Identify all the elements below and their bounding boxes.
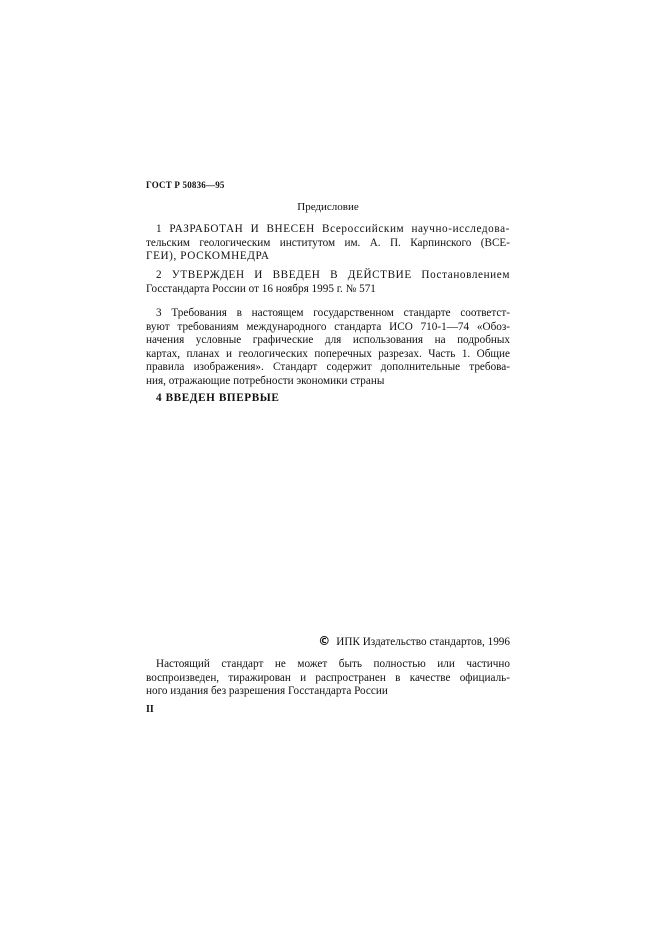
paragraph-line: Госстандарта России от 16 ноября 1995 г.…: [146, 283, 510, 297]
paragraph-line: начения условные графические для использ…: [146, 334, 510, 348]
notice-line: ного издания без разрешения Госстандарта…: [146, 685, 510, 699]
paragraph-line: тельским геологическим институтом им. А.…: [146, 237, 510, 251]
paragraph-3: 3 Требования в настоящем государственном…: [146, 307, 510, 389]
paragraph-line: вуют требованиям международного стандарт…: [146, 321, 510, 335]
paragraph-line: ГЕИ), РОСКОМНЕДРА: [146, 250, 510, 264]
paragraph-line: 3 Требования в настоящем государственном…: [146, 307, 510, 321]
paragraph-line: правила изображения». Стандарт содержит …: [146, 361, 510, 375]
paragraph-4: 4 ВВЕДЕН ВПЕРВЫЕ: [146, 392, 510, 406]
paragraph-line: ния, отражающие потребности экономики ст…: [146, 375, 510, 389]
notice-line: Настоящий стандарт не может быть полност…: [146, 658, 510, 672]
paragraph-line: 1 РАЗРАБОТАН И ВНЕСЕН Всероссийским науч…: [146, 223, 510, 237]
notice-line: воспроизведен, тиражирован и распростран…: [146, 672, 510, 686]
paragraph-line: 2 УТВЕРЖДЕН И ВВЕДЕН В ДЕЙСТВИЕ Постанов…: [146, 269, 510, 283]
copyright-text: ИПК Издательство стандартов, 1996: [336, 636, 510, 648]
page-number: II: [146, 704, 154, 715]
section-title: Предисловие: [146, 201, 510, 213]
copyright-icon: ©: [318, 634, 330, 648]
paragraph-line: 4 ВВЕДЕН ВПЕРВЫЕ: [146, 392, 510, 406]
document-header: ГОСТ Р 50836—95: [146, 180, 225, 190]
reproduction-notice: Настоящий стандарт не может быть полност…: [146, 658, 510, 699]
paragraph-line: картах, планах и геологических поперечны…: [146, 348, 510, 362]
paragraph-1: 1 РАЗРАБОТАН И ВНЕСЕН Всероссийским науч…: [146, 223, 510, 264]
paragraph-2: 2 УТВЕРЖДЕН И ВВЕДЕН В ДЕЙСТВИЕ Постанов…: [146, 269, 510, 296]
copyright: ©ИПК Издательство стандартов, 1996: [318, 634, 510, 648]
